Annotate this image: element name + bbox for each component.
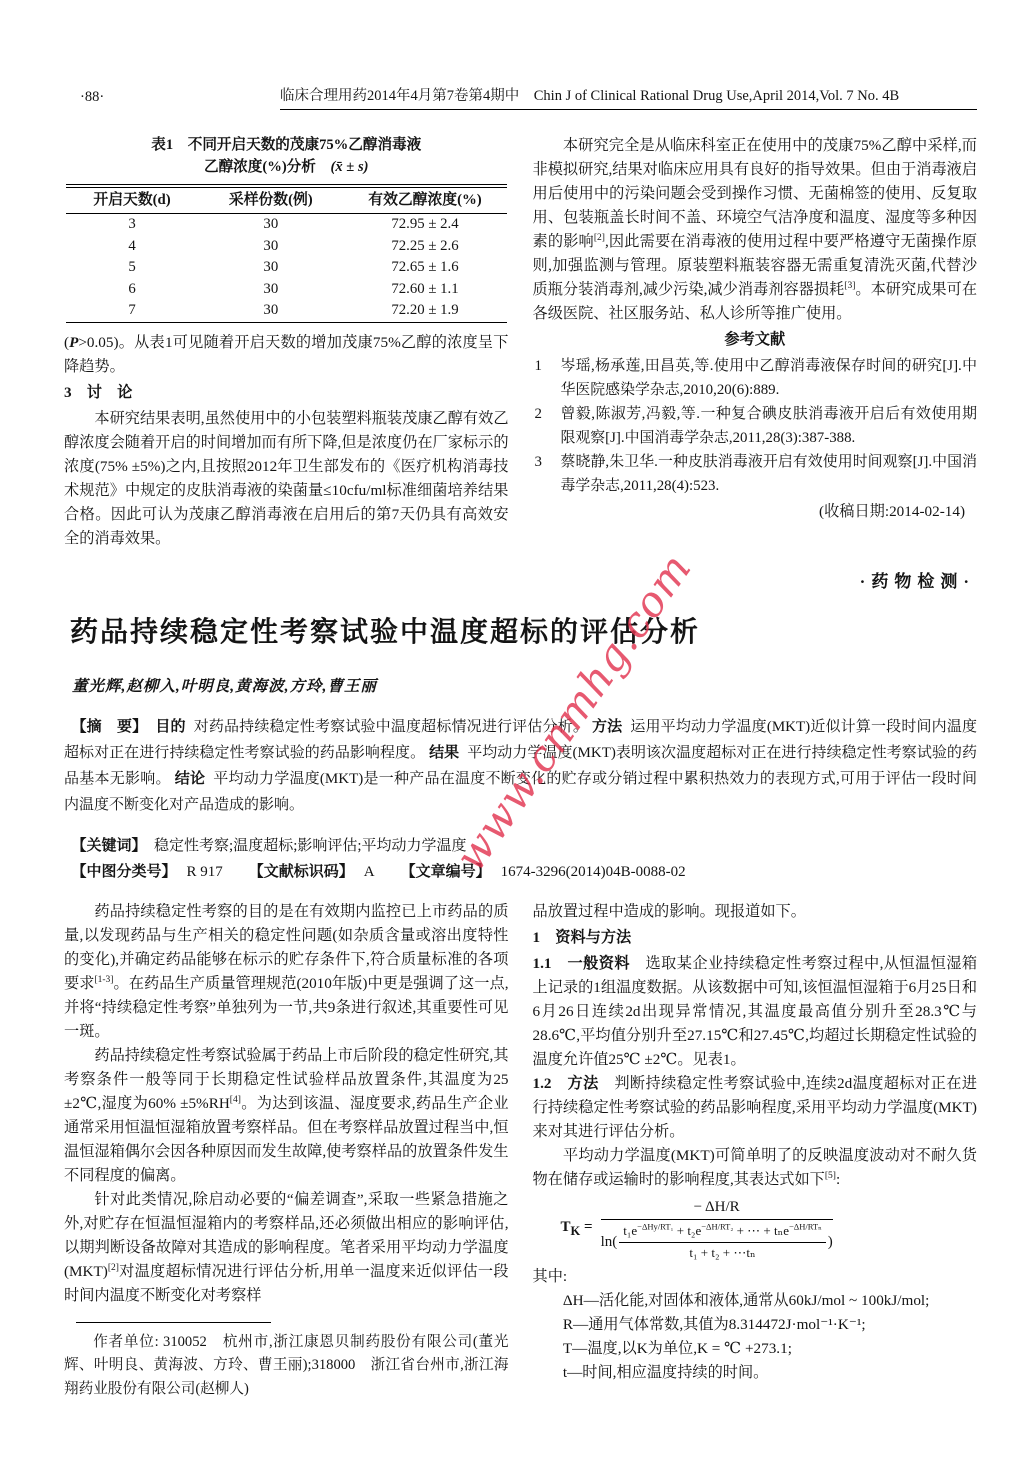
table-header-row: 开启天数(d) 采样份数(例) 有效乙醇浓度(%) — [66, 188, 507, 214]
section1-1-paragraph: 1.1 一般资料 选取某企业持续稳定性考察过程中,从恒温恒湿箱上记录的1组温度数… — [533, 952, 978, 1072]
body-paragraph-1: 药品持续稳定性考察的目的是在有效期内监控已上市药品的质量,以发现药品与生产相关的… — [64, 900, 509, 1044]
article-title: 药品持续稳定性考察试验中温度超标的评估分析 — [70, 610, 977, 650]
citation-4: [4] — [230, 1094, 241, 1104]
table-row: 7 30 72.20 ± 1.9 — [66, 300, 507, 322]
reference-item: 2 曾毅,陈淑芳,冯毅,等.一种复合碘皮肤消毒液开启后有效使用期限观察[J].中… — [533, 402, 978, 450]
page-header: ·88· 临床合理用药2014年4月第7卷第4期中 Chin J of Clin… — [64, 84, 977, 110]
table-row: 5 30 72.65 ± 1.6 — [66, 257, 507, 279]
table1: 开启天数(d) 采样份数(例) 有效乙醇浓度(%) 3 30 72.95 ± 2… — [66, 187, 507, 323]
citation-1-3: [1-3] — [94, 974, 113, 984]
journal-page: www.cnmhg.com ·88· 临床合理用药2014年4月第7卷第4期中 … — [0, 0, 1035, 1465]
p-value-symbol: P — [69, 334, 78, 351]
section1-2-label: 1.2 方法 — [533, 1075, 599, 1092]
conclusion-label: 结论 — [175, 771, 206, 787]
col-header-days: 开启天数(d) — [66, 188, 198, 214]
continuation-paragraph: 品放置过程中造成的影响。现报道如下。 — [533, 900, 978, 924]
abstract-paragraph: 【摘 要】目的对药品持续稳定性考察试验中温度超标情况进行评估分析。方法运用平均动… — [64, 714, 977, 818]
inner-denominator: t₁ + t₂ + ⋯tₙ — [619, 1243, 826, 1261]
formula-denominator: ln( t₁e−ΔHy/RT₁ + t₂e−ΔH/RT₂ + ⋯ + tₙe−Δ… — [601, 1220, 833, 1261]
among-label: 其中: — [533, 1265, 978, 1289]
table1-caption-stat: (x̄ ± s) — [330, 159, 368, 175]
stat-paragraph: (P>0.05)。从表1可见随着开启天数的增加茂康75%乙醇的浓度呈下降趋势。 — [64, 331, 509, 379]
table-row: 3 30 72.95 ± 2.4 — [66, 214, 507, 236]
citation-2: [2] — [594, 233, 605, 243]
article1-columns: 表1 不同开启天数的茂康75%乙醇消毒液 乙醇浓度(%)分析 (x̄ ± s) … — [64, 134, 977, 551]
objective-label: 目的 — [155, 719, 185, 735]
reference-number: 3 — [533, 450, 561, 498]
definition-R: R—通用气体常数,其值为8.314472J·mol⁻¹·K⁻¹; — [533, 1313, 978, 1337]
received-date: (收稿日期:2014-02-14) — [533, 500, 978, 524]
doc-code-value: A — [364, 864, 375, 880]
body-paragraph-2: 药品持续稳定性考察试验属于药品上市后阶段的稳定性研究,其考察条件一般等同于长期稳… — [64, 1044, 509, 1188]
col-header-concentration: 有效乙醇浓度(%) — [344, 188, 507, 214]
classification-line: 【中图分类号】R 917【文献标识码】A【文章编号】1674-3296(2014… — [64, 859, 977, 885]
col-header-samples: 采样份数(例) — [198, 188, 343, 214]
citation-5: [5] — [825, 1170, 836, 1180]
result-label: 结果 — [429, 745, 459, 761]
section1-heading: 1 资料与方法 — [533, 926, 978, 950]
author-affiliation-footnote: 作者单位: 310052 杭州市,浙江康恩贝制药股份有限公司(董光辉、叶明良、黄… — [64, 1331, 509, 1402]
conclusion-paragraph: 本研究完全是从临床科室正在使用中的茂康75%乙醇中采样,而非模拟研究,结果对临床… — [533, 134, 978, 326]
reference-item: 3 蔡晓静,朱卫华.一种皮肤消毒液开启有效使用时间观察[J].中国消毒学杂志,2… — [533, 450, 978, 498]
reference-text: 曾毅,陈淑芳,冯毅,等.一种复合碘皮肤消毒液开启后有效使用期限观察[J].中国消… — [561, 402, 978, 450]
doc-code-label: 【文献标识码】 — [249, 864, 354, 880]
formula-lhs: TK = — [561, 1218, 593, 1240]
article2-left-column: 药品持续稳定性考察的目的是在有效期内监控已上市药品的质量,以发现药品与生产相关的… — [64, 900, 509, 1402]
journal-header: 临床合理用药2014年4月第7卷第4期中 Chin J of Clinical … — [280, 84, 977, 110]
section1-2-paragraph: 1.2 方法 判断持续稳定性考察试验中,连续2d温度超标对正在进行持续稳定性考察… — [533, 1072, 978, 1144]
reference-text: 岑瑶,杨承莲,田昌英,等.使用中乙醇消毒液保存时间的研究[J].中华医院感染学杂… — [561, 354, 978, 402]
reference-text: 蔡晓静,朱卫华.一种皮肤消毒液开启有效使用时间观察[J].中国消毒学杂志,201… — [561, 450, 978, 498]
discussion-heading: 3 讨 论 — [64, 381, 509, 405]
citation-3: [3] — [844, 281, 855, 291]
page-number: ·88· — [64, 89, 280, 110]
article-no-label: 【文章编号】 — [401, 864, 491, 880]
table1-top-rule — [66, 184, 507, 185]
table-row: 4 30 72.25 ± 2.6 — [66, 236, 507, 258]
authors-line: 董光辉,赵柳入,叶明良,黄海波,方玲,曹王丽 — [72, 674, 977, 696]
reference-item: 1 岑瑶,杨承莲,田昌英,等.使用中乙醇消毒液保存时间的研究[J].中华医院感染… — [533, 354, 978, 402]
keywords-line: 【关键词】 稳定性考察;温度超标;影响评估;平均动力学温度 — [64, 833, 977, 859]
footnote-divider — [76, 1322, 271, 1323]
article-no-value: 1674-3296(2014)04B-0088-02 — [501, 864, 686, 880]
definition-t: t—时间,相应温度持续的时间。 — [533, 1361, 978, 1385]
table1-caption-line1: 表1 不同开启天数的茂康75%乙醇消毒液 — [64, 134, 509, 156]
abstract-label: 【摘 要】 — [72, 719, 148, 735]
citation-2: [2] — [108, 1262, 119, 1272]
article1-right-column: 本研究完全是从临床科室正在使用中的茂康75%乙醇中采样,而非模拟研究,结果对临床… — [533, 134, 978, 551]
table1-caption-line2: 乙醇浓度(%)分析 (x̄ ± s) — [64, 156, 509, 178]
section1-1-label: 1.1 一般资料 — [533, 955, 630, 972]
mkt-intro-paragraph: 平均动力学温度(MKT)可简单明了的反映温度波动对不耐久货物在储存或运输时的影响… — [533, 1144, 978, 1192]
definition-T: T—温度,以K为单位,K = ℃ +273.1; — [533, 1337, 978, 1361]
formula-inner-fraction: t₁e−ΔHy/RT₁ + t₂e−ΔH/RT₂ + ⋯ + tₙe−ΔH/RT… — [619, 1223, 826, 1261]
reference-number: 2 — [533, 402, 561, 450]
definition-deltaH: ΔH—活化能,对固体和液体,通常从60kJ/mol ~ 100kJ/mol; — [533, 1289, 978, 1313]
formula-numerator: − ΔH/R — [601, 1198, 833, 1221]
clc-value: R 917 — [187, 864, 223, 880]
table1-caption-main: 乙醇浓度(%)分析 — [204, 159, 316, 175]
article2-columns: 药品持续稳定性考察的目的是在有效期内监控已上市药品的质量,以发现药品与生产相关的… — [64, 900, 977, 1402]
inner-numerator: t₁e−ΔHy/RT₁ + t₂e−ΔH/RT₂ + ⋯ + tₙe−ΔH/RT… — [619, 1223, 826, 1242]
section-label-drug-testing: ·药物检测· — [64, 567, 977, 592]
mkt-formula: TK = − ΔH/R ln( t₁e−ΔHy/RT₁ + t₂e−ΔH/RT₂… — [561, 1198, 978, 1261]
body-paragraph-3: 针对此类情况,除启动必要的“偏差调查”,采取一些紧急措施之外,对贮存在恒温恒湿箱… — [64, 1188, 509, 1308]
discussion-paragraph: 本研究结果表明,虽然使用中的小包装塑料瓶装茂康乙醇有效乙醇浓度会随着开启的时间增… — [64, 407, 509, 551]
keywords-label: 【关键词】 — [72, 838, 140, 854]
method-label: 方法 — [592, 719, 622, 735]
table-row: 6 30 72.60 ± 1.1 — [66, 279, 507, 301]
reference-number: 1 — [533, 354, 561, 402]
references-title: 参考文献 — [533, 328, 978, 352]
clc-label: 【中图分类号】 — [72, 864, 177, 880]
article1-left-column: 表1 不同开启天数的茂康75%乙醇消毒液 乙醇浓度(%)分析 (x̄ ± s) … — [64, 134, 509, 551]
formula-fraction: − ΔH/R ln( t₁e−ΔHy/RT₁ + t₂e−ΔH/RT₂ + ⋯ … — [601, 1198, 833, 1261]
article2-right-column: 品放置过程中造成的影响。现报道如下。 1 资料与方法 1.1 一般资料 选取某企… — [533, 900, 978, 1402]
